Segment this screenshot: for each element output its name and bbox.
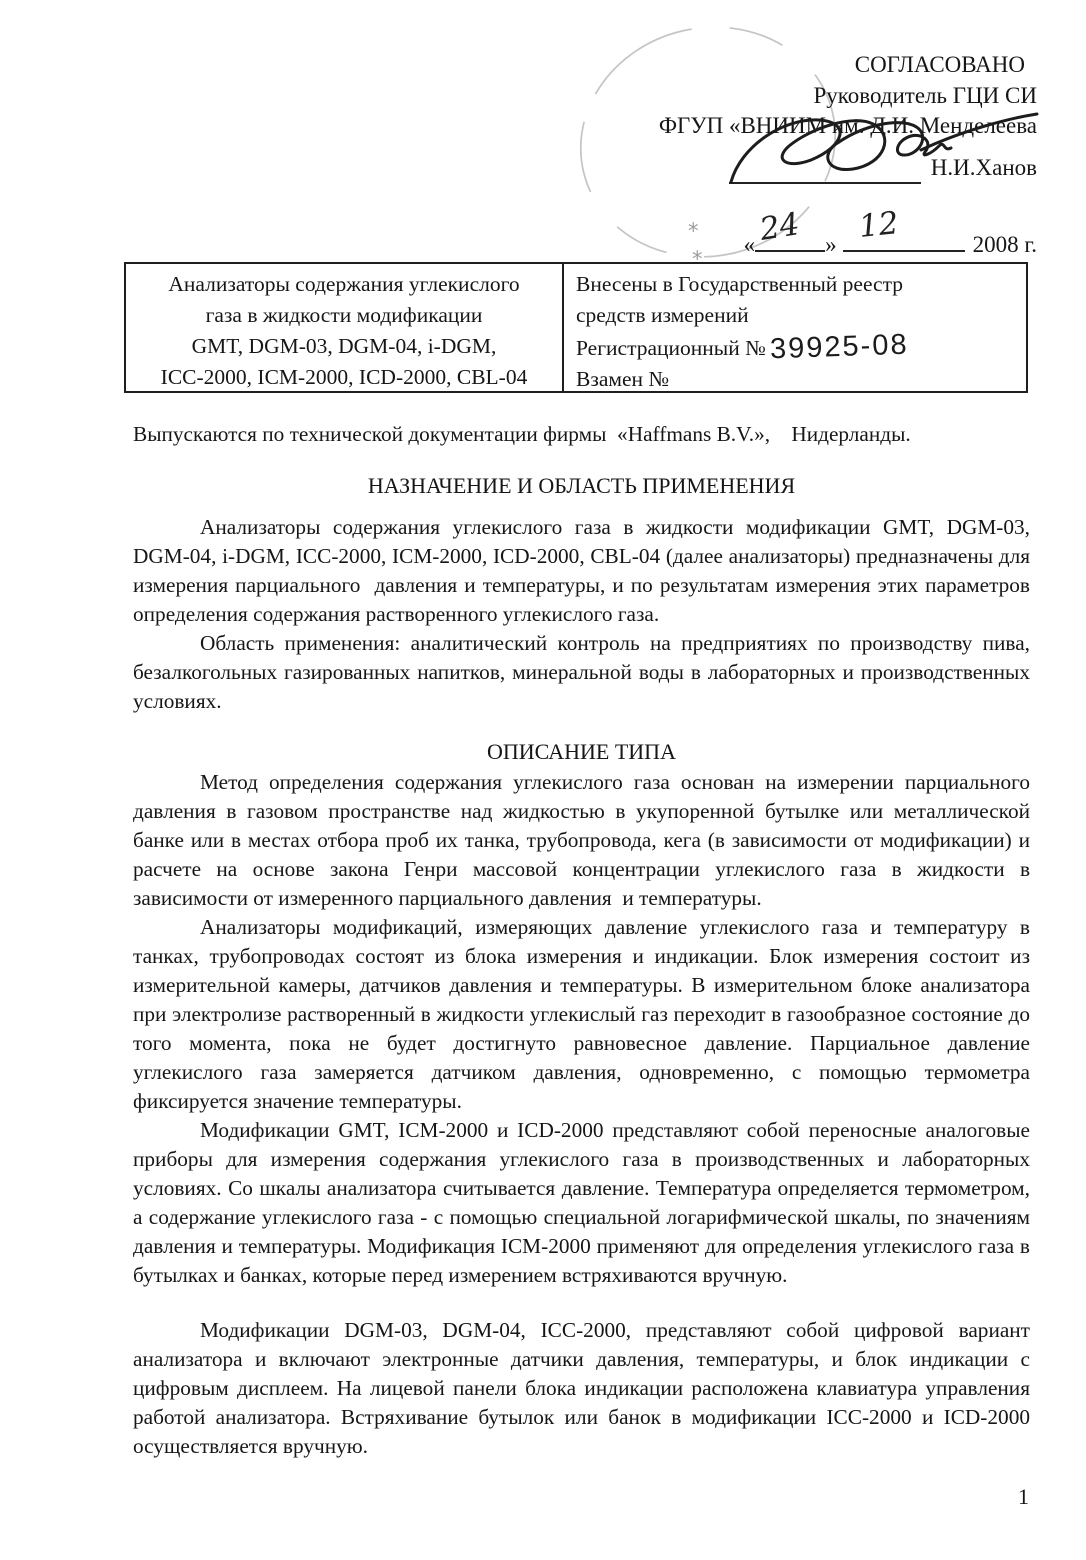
device-name-line: Анализаторы содержания углекислого [126,269,562,300]
paragraph: Модификации DGM-03, DGM-04, ICC-2000, пр… [133,1316,1030,1461]
year-label: 2008 г. [973,232,1037,257]
paragraph: Анализаторы модификаций, измеряющих давл… [133,913,1030,1116]
registry-line: Внесены в Государственный реестр [576,269,1022,300]
registration-number-handwritten: 39925-08 [769,330,909,366]
paragraph: Область применения: аналитический контро… [133,629,1030,716]
page-number: 1 [1018,1484,1029,1510]
registry-line: средств измерений [576,300,1022,331]
section-heading-type-description: ОПИСАНИЕ ТИПА [133,737,1030,766]
manufacturer-line: Выпускаются по технической документации … [133,420,1030,449]
approval-title: СОГЛАСОВАНО [567,50,1037,81]
registry-table-device-cell: Анализаторы содержания углекислого газа … [126,264,564,391]
paragraph: Метод определения содержания углекислого… [133,768,1030,913]
device-name-line: GMT, DGM-03, DGM-04, i-DGM, [126,331,562,362]
device-name-line: ICC-2000, ICM-2000, ICD-2000, CBL-04 [126,362,562,393]
replaces-line: Взамен № [576,364,1022,395]
approval-role: Руководитель ГЦИ СИ [567,81,1037,112]
paragraph: Модификации GMT, ICM-2000 и ICD-2000 пре… [133,1116,1030,1290]
registry-table-registration-cell: Внесены в Государственный реестр средств… [564,264,1026,391]
document-body: Выпускаются по технической документации … [133,420,1030,1461]
signature-row: Н.И.Ханов [567,148,1037,206]
section-heading-purpose: НАЗНАЧЕНИЕ И ОБЛАСТЬ ПРИМЕНЕНИЯ [133,471,1030,500]
approval-organization: ФГУП «ВНИИМ им. Д.И. Менделеева [567,111,1037,142]
signature-line [729,148,921,184]
handwritten-day: 24 [758,209,802,245]
registration-number-label: Регистрационный № [576,336,766,360]
handwritten-month: 12 [858,208,900,242]
registry-table: Анализаторы содержания углекислого газа … [124,262,1028,393]
approval-date-row: «»2008 г. 24 12 [567,224,1037,264]
signer-name: Н.И.Ханов [931,153,1037,184]
approval-block: СОГЛАСОВАНО Руководитель ГЦИ СИ ФГУП «ВН… [567,50,1037,264]
registration-number-line: Регистрационный №39925-08 [576,331,1022,364]
device-name-line: газа в жидкости модификации [126,300,562,331]
quote-open: « [744,232,756,257]
paragraph: Анализаторы содержания углекислого газа … [133,513,1030,629]
quote-close: » [825,232,837,257]
